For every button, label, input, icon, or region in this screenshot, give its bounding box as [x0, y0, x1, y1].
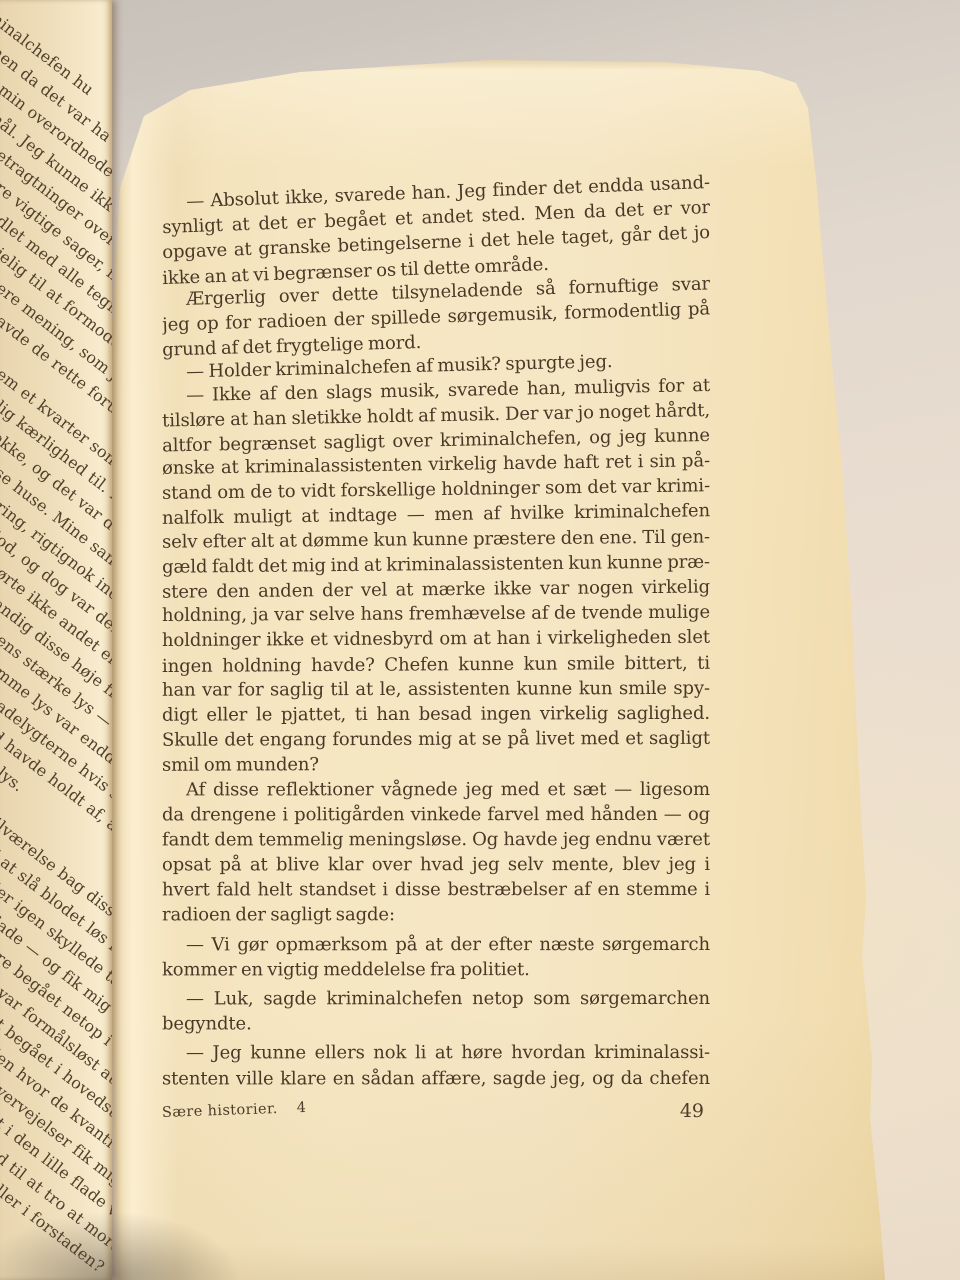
text-line: — Jeg kunne ellers nok li at høre hvorda…: [162, 1040, 710, 1066]
text-line: holdning, ja var selve hans fremhævelse …: [162, 600, 710, 629]
text-line: fandt dem temmelig meningsløse. Og havde…: [162, 827, 710, 853]
text-line: begyndte.: [162, 1011, 710, 1037]
text-line: Skulle det engang forundes mig at se på …: [162, 726, 710, 753]
text-line: han var for saglig til at le, assistente…: [162, 676, 710, 703]
right-page: — Absolut ikke, svarede han. Jeg finder …: [100, 58, 900, 1280]
text-line: digt eller le pjattet, ti han besad inge…: [162, 701, 710, 728]
page-text-block: — Absolut ikke, svarede han. Jeg finder …: [162, 172, 710, 1122]
deckle-edge: [882, 58, 900, 1280]
left-page: minalchefen humen da det var har min ove…: [0, 0, 112, 1280]
text-line: Af disse reflektioner vågnede jeg med et…: [162, 776, 710, 802]
text-line: — Luk, sagde kriminalchefen netop som sø…: [162, 986, 710, 1012]
text-line: kommer en vigtig meddelelse fra politiet…: [162, 957, 710, 983]
page-number: 49: [680, 1100, 710, 1122]
book-photo: { "colors": { "paper": "#f5e6c4", "ink":…: [0, 0, 960, 1280]
text-line: radioen der sagligt sagde:: [162, 902, 710, 928]
signature-number: 4: [296, 1100, 306, 1116]
page-footer: Sære historier. 4 49: [162, 1100, 710, 1122]
book-title: Sære historier.: [162, 1101, 278, 1121]
text-line: ingen holdning havde? Chefen kunne kun s…: [162, 650, 710, 679]
text-line: holdninger ikke et vidnesbyrd om at han …: [162, 625, 710, 654]
page-top-edge: [100, 58, 900, 70]
text-line: opsat på at blive klar over hvad jeg sel…: [162, 852, 710, 878]
signature-group: Sære historier. 4: [162, 1100, 306, 1121]
text-line: smil om munden?: [162, 751, 710, 778]
text-line: hvert fald helt standset i disse bestræb…: [162, 877, 710, 903]
text-line: — Vi gør opmærksom på at der efter næste…: [162, 932, 710, 958]
text-line: da drengene i politigården vinkede farve…: [162, 802, 710, 828]
text-line: stenten ville klare en sådan affære, sag…: [162, 1066, 710, 1092]
